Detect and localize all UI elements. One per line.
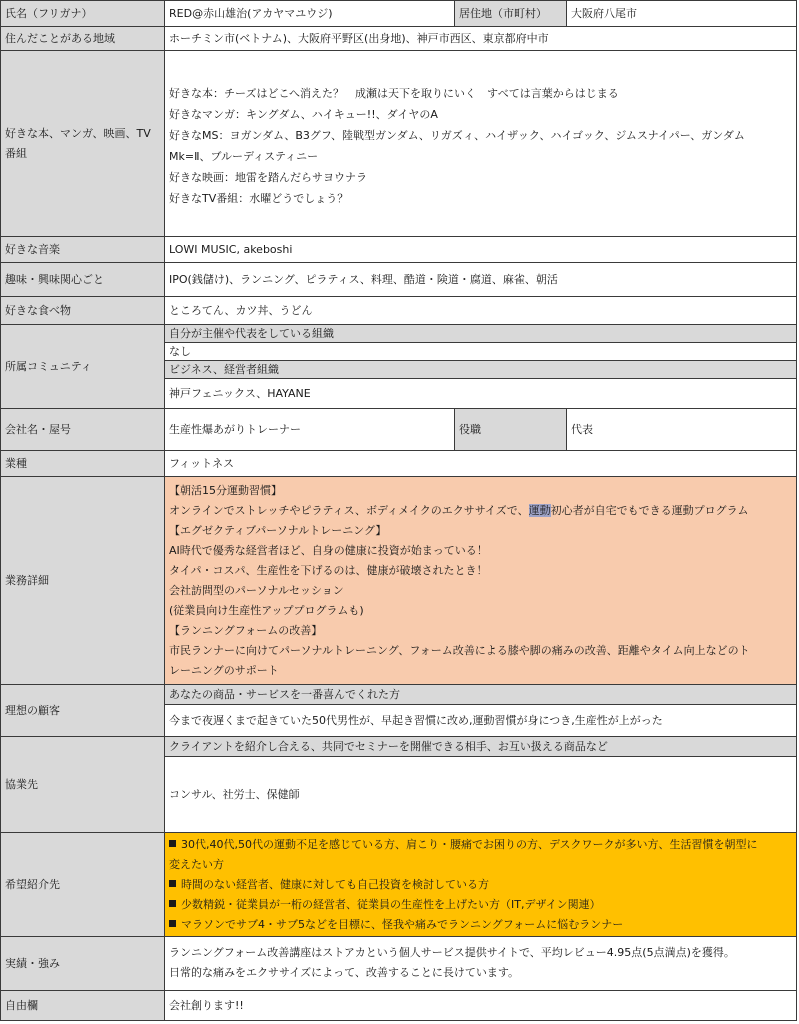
industry-label: 業種 <box>0 450 165 477</box>
industry-value[interactable]: フィットネス <box>164 450 797 477</box>
bullet-square-icon <box>169 880 176 887</box>
business-line-8: 【ランニングフォームの改善】 <box>169 621 792 641</box>
company-value[interactable]: 生産性爆あがりトレーナー <box>164 408 455 451</box>
partners-heading: クライアントを紹介し合える、共同でセミナーを開催できる相手、お互い扱える商品など <box>164 736 797 757</box>
referral-item-1: 30代,40代,50代の運動不足を感じている方、肩こり・腰痛でお困りの方、デスク… <box>169 835 792 855</box>
name-value[interactable]: RED@赤山雄治(アカヤマユウジ) <box>164 0 455 27</box>
lived-regions-value[interactable]: ホーチミン市(ベトナム)、大阪府平野区(出身地)、神戸市西区、東京都府中市 <box>164 26 797 51</box>
business-line-7: (従業員向け生産性アッププログラムも) <box>169 601 792 621</box>
text-selection-highlight: 運動 <box>529 504 551 517</box>
achievements-line-2: 日常的な痛みをエクササイズによって、改善することに長けています。 <box>169 963 792 983</box>
favorite-ms: 好きなMS：ヨガンダム、B3グフ、陸戦型ガンダム、リガズィ、ハイザック、ハイゴッ… <box>169 125 745 146</box>
favorite-manga: 好きなマンガ：キングダム、ハイキュー!!、ダイヤのA <box>169 104 745 125</box>
free-value[interactable]: 会社創ります!! <box>164 990 797 1021</box>
role-value[interactable]: 代表 <box>566 408 797 451</box>
hobbies-label: 趣味・興味関心ごと <box>0 262 165 297</box>
business-line-9: 市民ランナーに向けてパーソナルトレーニング、フォーム改善による膝や脚の痛みの改善… <box>169 641 792 661</box>
business-line-2-post: 初心者が自宅でもできる運動プログラム <box>551 504 749 517</box>
music-value[interactable]: LOWI MUSIC, akeboshi <box>164 236 797 263</box>
referral-item-2: 時間のない経営者、健康に対しても自己投資を検討している方 <box>169 875 792 895</box>
business-line-2: オンラインでストレッチやピラティス、ボディメイクのエクササイズで、運動初心者が自… <box>169 501 792 521</box>
favorite-ms-cont: Mk=Ⅱ、ブルーディスティニー <box>169 146 745 167</box>
business-line-4: AI時代で優秀な経営者ほど、自身の健康に投資が始まっている！ <box>169 541 792 561</box>
hobbies-value[interactable]: IPO(銭儲け)、ランニング、ピラティス、料理、酷道・険道・腐道、麻雀、朝活 <box>164 262 797 297</box>
business-line-6: 会社訪問型のパーソナルセッション <box>169 581 792 601</box>
favorites-value[interactable]: 好きな本：チーズはどこへ消えた？ 成瀬は天下を取りにいく すべては言葉からはじま… <box>164 50 797 237</box>
lived-regions-label: 住んだことがある地域 <box>0 26 165 51</box>
referral-item-1-cont: 変えたい方 <box>169 855 792 875</box>
achievements-line-1: ランニングフォーム改善講座はストアカという個人サービス提供サイトで、平均レビュー… <box>169 943 792 963</box>
residence-label: 居住地（市町村） <box>454 0 567 27</box>
free-label: 自由欄 <box>0 990 165 1021</box>
partners-label: 協業先 <box>0 736 165 833</box>
favorite-books: 好きな本：チーズはどこへ消えた？ 成瀬は天下を取りにいく すべては言葉からはじま… <box>169 83 745 104</box>
company-label: 会社名・屋号 <box>0 408 165 451</box>
business-line-10: レーニングのサポート <box>169 661 792 681</box>
referrals-value[interactable]: 30代,40代,50代の運動不足を感じている方、肩こり・腰痛でお困りの方、デスク… <box>164 832 797 937</box>
business-line-3: 【エグゼクティブパーソナルトレーニング】 <box>169 521 792 541</box>
referral-item-3-text: 少数精鋭・従業員が一桁の経営者、従業員の生産性を上げたい方（IT,デザイン関連） <box>181 898 601 911</box>
referral-item-2-text: 時間のない経営者、健康に対しても自己投資を検討している方 <box>181 878 489 891</box>
ideal-customer-value[interactable]: 今まで夜遅くまで起きていた50代男性が、早起き習慣に改め,運動習慣が身につき,生… <box>164 704 797 737</box>
name-label: 氏名（フリガナ） <box>0 0 165 27</box>
referral-item-4: マラソンでサブ4・サブ5などを目標に、怪我や痛みでランニングフォームに悩むランナ… <box>169 915 792 935</box>
community-label: 所属コミュニティ <box>0 324 165 409</box>
community-sub2-value[interactable]: 神戸フェニックス、HAYANE <box>164 378 797 409</box>
business-line-2-pre: オンラインでストレッチやピラティス、ボディメイクのエクササイズで、 <box>169 504 529 517</box>
referral-item-1-text: 30代,40代,50代の運動不足を感じている方、肩こり・腰痛でお困りの方、デスク… <box>181 838 758 851</box>
favorite-movie: 好きな映画：地雷を踏んだらサヨウナラ <box>169 167 745 188</box>
business-line-5: タイパ・コスパ、生産性を下げるのは、健康が破壊されたとき！ <box>169 561 792 581</box>
ideal-customer-heading: あなたの商品・サービスを一番喜んでくれた方 <box>164 684 797 705</box>
bullet-square-icon <box>169 920 176 927</box>
favorites-label: 好きな本、マンガ、映画、TV番組 <box>0 50 165 237</box>
ideal-customer-label: 理想の顧客 <box>0 684 165 737</box>
favorite-tv: 好きなTV番組：水曜どうでしょう？ <box>169 188 745 209</box>
partners-value[interactable]: コンサル、社労士、保健師 <box>164 756 797 833</box>
business-line-1: 【朝活15分運動習慣】 <box>169 481 792 501</box>
business-label: 業務詳細 <box>0 476 165 685</box>
community-sub2-heading: ビジネス、経営者組織 <box>164 360 797 379</box>
food-label: 好きな食べ物 <box>0 296 165 325</box>
bullet-square-icon <box>169 900 176 907</box>
role-label: 役職 <box>454 408 567 451</box>
music-label: 好きな音楽 <box>0 236 165 263</box>
business-value[interactable]: 【朝活15分運動習慣】 オンラインでストレッチやピラティス、ボディメイクのエクサ… <box>164 476 797 685</box>
achievements-label: 実績・強み <box>0 936 165 991</box>
referrals-label: 希望紹介先 <box>0 832 165 937</box>
community-sub1-heading: 自分が主催や代表をしている組織 <box>164 324 797 343</box>
residence-value[interactable]: 大阪府八尾市 <box>566 0 797 27</box>
profile-sheet: 氏名（フリガナ） RED@赤山雄治(アカヤマユウジ) 居住地（市町村） 大阪府八… <box>0 0 797 1022</box>
bullet-square-icon <box>169 840 176 847</box>
community-sub1-value[interactable]: なし <box>164 342 797 361</box>
achievements-value[interactable]: ランニングフォーム改善講座はストアカという個人サービス提供サイトで、平均レビュー… <box>164 936 797 991</box>
referral-item-4-text: マラソンでサブ4・サブ5などを目標に、怪我や痛みでランニングフォームに悩むランナ… <box>181 918 623 931</box>
food-value[interactable]: ところてん、カツ丼、うどん <box>164 296 797 325</box>
referral-item-3: 少数精鋭・従業員が一桁の経営者、従業員の生産性を上げたい方（IT,デザイン関連） <box>169 895 792 915</box>
